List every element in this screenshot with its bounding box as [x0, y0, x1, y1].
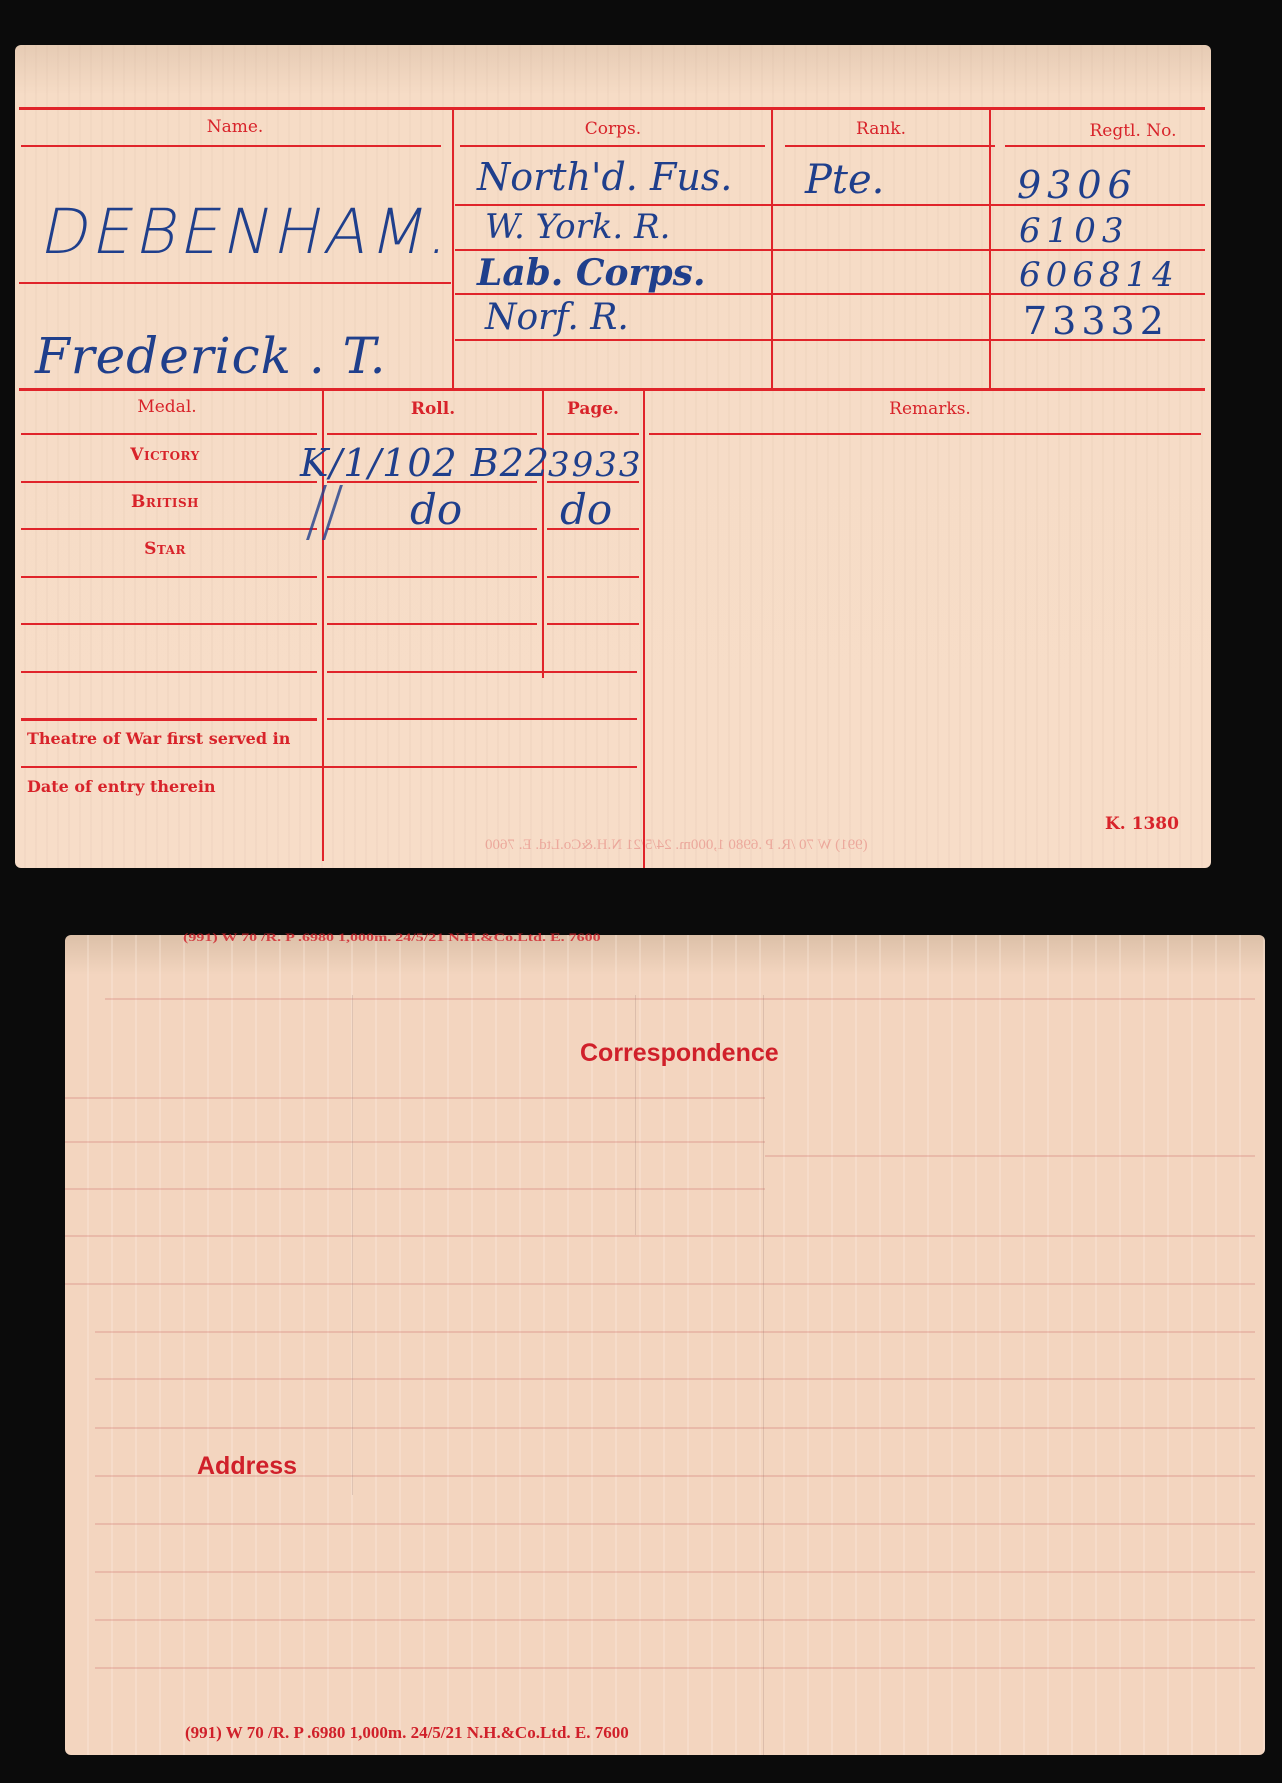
- faint-rule-9: [95, 1378, 1255, 1380]
- theatre-label: Theatre of War first served in: [27, 729, 290, 748]
- rule-roll-5: [327, 623, 537, 625]
- rule-theatre-value: [327, 718, 637, 720]
- header-name: Name.: [207, 117, 264, 137]
- roll-british: do: [410, 485, 462, 534]
- rule-medal-6: [21, 671, 317, 673]
- rule-section-divider: [19, 388, 1205, 391]
- rule-page-5: [547, 623, 639, 625]
- roll-victory: K/1/102 B22: [300, 441, 550, 485]
- rule-medal-1: [21, 433, 317, 435]
- regtl-no-1: 9306: [1017, 163, 1138, 207]
- ghost-print: (991) W 70 /R. P .6980 1,000m. 24/5/21 N…: [485, 837, 868, 854]
- faint-rule-4: [765, 1155, 1255, 1157]
- address-label: Address: [197, 1452, 297, 1481]
- regtl-no-4: 73332: [1023, 299, 1169, 343]
- faint-col-1: [635, 995, 636, 1235]
- col-divider-name-corps: [452, 109, 454, 389]
- rule-theatre: [21, 718, 317, 721]
- rule-header-corps: [460, 145, 765, 147]
- form-number: K. 1380: [1105, 814, 1179, 834]
- faint-rule-2: [65, 1097, 765, 1099]
- header-page: Page.: [567, 399, 619, 419]
- faint-rule-12: [95, 1523, 1255, 1525]
- header-roll: Roll.: [411, 399, 455, 419]
- rule-medal-3: [21, 528, 317, 530]
- forenames-handwritten: Frederick . T.: [35, 327, 387, 385]
- page-british: do: [560, 485, 612, 534]
- medal-british: British: [131, 492, 199, 512]
- faint-rule-1: [105, 998, 1255, 1000]
- corps-entry-4: Norf. R.: [485, 297, 629, 338]
- faint-rule-14: [95, 1619, 1255, 1621]
- rule-roll-4: [327, 576, 537, 578]
- surname-handwritten: DEBENHAM.: [35, 195, 462, 268]
- rule-name-mid: [19, 282, 451, 284]
- date-entry-label: Date of entry therein: [27, 777, 216, 796]
- faint-rule-5: [65, 1188, 765, 1190]
- regtl-no-3: 606814: [1019, 255, 1179, 295]
- rule-header-name: [21, 145, 441, 147]
- faint-rule-10: [95, 1427, 1255, 1429]
- faint-rule-8: [95, 1331, 1255, 1333]
- rule-medal-4: [21, 576, 317, 578]
- correspondence-label: Correspondence: [580, 1039, 779, 1068]
- faint-rule-3: [65, 1141, 765, 1143]
- rule-roll-6: [327, 671, 637, 673]
- regtl-no-2: 6103: [1019, 211, 1130, 251]
- rule-roll-1: [327, 433, 537, 435]
- faint-rule-6: [65, 1235, 1255, 1237]
- rank-entry-1: Pte.: [805, 157, 884, 203]
- rule-header-regtl: [1005, 145, 1205, 147]
- printer-line: (991) W 70 /R. P .6980 1,000m. 24/5/21 N…: [185, 1723, 629, 1743]
- rule-medal-5: [21, 623, 317, 625]
- page-victory: 3933: [548, 445, 643, 485]
- corps-entry-1: North'd. Fus.: [477, 155, 732, 199]
- header-remarks: Remarks.: [889, 399, 971, 419]
- medal-victory: Victory: [130, 445, 199, 465]
- corps-entry-3: Lab. Corps.: [477, 252, 705, 294]
- header-medal: Medal.: [137, 397, 196, 417]
- rule-header-rank: [785, 145, 995, 147]
- rule-date-entry: [21, 766, 637, 768]
- rule-page-1: [547, 433, 639, 435]
- faint-rule-15: [95, 1667, 1255, 1669]
- faint-col-3: [352, 995, 353, 1495]
- rule-medal-2: [21, 481, 317, 483]
- col-divider-page-remarks: [643, 391, 645, 868]
- faint-rule-7: [65, 1283, 1255, 1285]
- back-top-print: (991) W 70 /R. P .6980 1,000m. 24/5/21 N…: [183, 932, 601, 945]
- rule-page-4: [547, 576, 639, 578]
- faint-rule-13: [95, 1571, 1255, 1573]
- header-corps: Corps.: [585, 119, 641, 139]
- rule-top: [19, 107, 1205, 110]
- header-regtl-no: Regtl. No.: [1089, 121, 1176, 141]
- medal-index-card-front: Name. Corps. Rank. Regtl. No. DEBENHAM. …: [15, 45, 1211, 868]
- faint-col-2: [763, 995, 764, 1755]
- corps-entry-2: W. York. R.: [485, 207, 670, 247]
- medal-star: Star: [144, 539, 186, 559]
- header-rank: Rank.: [856, 119, 906, 139]
- col-divider-roll-page: [542, 391, 544, 678]
- ditto-stroke-2: [322, 485, 343, 540]
- rule-remarks: [649, 433, 1201, 435]
- medal-index-card-back: (991) W 70 /R. P .6980 1,000m. 24/5/21 N…: [65, 935, 1265, 1755]
